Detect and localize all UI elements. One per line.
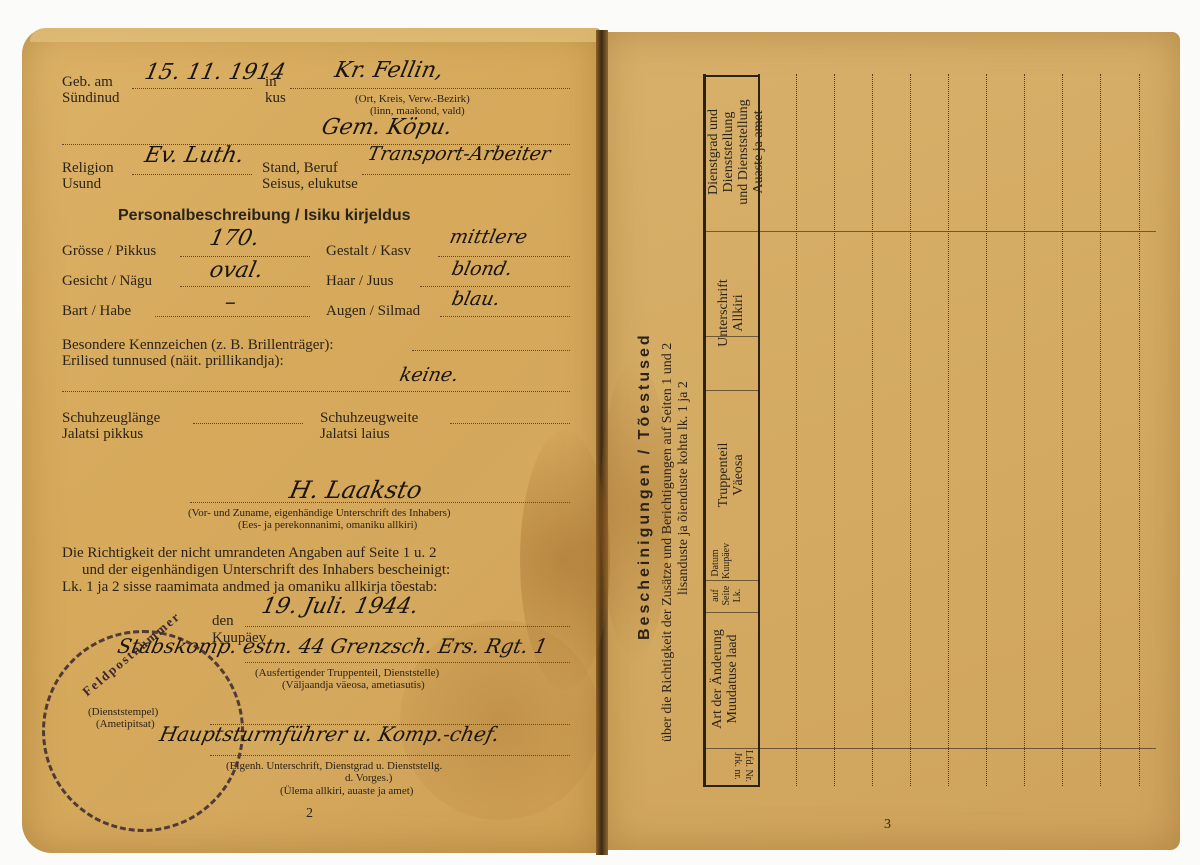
birth-label-de: Geb. am <box>62 74 113 90</box>
beard-label: Bart / Habe <box>62 303 131 319</box>
issue-date-line <box>245 626 570 627</box>
right-page-subtitle-et: lisanduste ja õienduste kohta lk. 1 ja 2 <box>676 381 692 595</box>
certification-line-2: und der eigenhändigen Unterschrift des I… <box>82 562 450 578</box>
shoe-length-label-de: Schuhzeuglänge <box>62 410 160 426</box>
height-value: 170. <box>207 226 261 251</box>
table-row-line <box>796 74 797 786</box>
column-label-et: Allkiri <box>731 238 746 388</box>
column-label-de: Dienstgrad und Dienststellung <box>706 76 736 228</box>
unit-caption-et: (Väljaandja väeosa, ametiasutis) <box>282 679 425 691</box>
column-label-de-2: und Dienststellung <box>736 76 751 228</box>
occupation-value: Transport-Arbeiter <box>366 143 553 165</box>
officer-rank-line <box>210 755 570 756</box>
stamp-label-et: (Ametipitsat) <box>96 718 155 730</box>
column-label-de: Truppenteil <box>716 390 731 560</box>
unit-caption-de: (Ausfertigender Truppenteil, Dienststell… <box>255 667 439 679</box>
officer-caption-et: (Ülema allkiri, auaste ja amet) <box>280 785 413 797</box>
column-label-et: Muudatuse laad <box>725 612 740 746</box>
religion-value: Ev. Luth. <box>142 143 246 168</box>
column-divider <box>706 748 1156 749</box>
right-page-subtitle-de: über die Richtigkeit der Zusätze und Ber… <box>660 343 676 742</box>
religion-label-de: Religion <box>62 160 114 176</box>
column-label-de: auf Seite <box>710 580 732 611</box>
build-label: Gestalt / Kasv <box>326 243 411 259</box>
shoe-width-label-et: Jalatsi laius <box>320 426 390 442</box>
shoe-length-label-et: Jalatsi pikkus <box>62 426 143 442</box>
build-line <box>438 256 570 257</box>
column-divider <box>706 231 1156 232</box>
table-row-line <box>1024 74 1025 786</box>
column-label-de: Unterschrift <box>716 238 731 388</box>
column-label-de: Art der Änderung <box>710 612 725 746</box>
table-row-line <box>948 74 949 786</box>
column-header-change-type: Art der Änderung Muudatuse laad <box>710 612 740 746</box>
marks-line-1 <box>412 350 570 351</box>
column-label-et: Lk. <box>732 580 743 611</box>
occupation-line <box>362 174 570 175</box>
officer-caption-de-2: d. Vorges.) <box>345 772 392 784</box>
holder-signature-caption-de: (Vor- und Zuname, eigenhändige Unterschr… <box>188 507 451 519</box>
page-number-left: 2 <box>306 806 313 822</box>
stamp-label-de: (Dienststempel) <box>88 706 158 718</box>
beard-line <box>155 316 310 317</box>
shoe-width-line <box>450 423 570 424</box>
shoe-length-line <box>193 423 303 424</box>
column-label-et: Jrk. nr. <box>732 748 743 784</box>
page-number-right: 3 <box>884 817 891 833</box>
page-edge <box>30 28 598 42</box>
build-value: mittlere <box>448 226 530 248</box>
place-label-de: in <box>265 74 277 90</box>
table-bottom-border <box>703 785 760 787</box>
certification-line-3: Lk. 1 ja 2 sisse raamimata andmed ja oma… <box>62 579 437 595</box>
column-label-de: Lfd. Nr. <box>743 748 754 784</box>
table-row-line <box>1100 74 1101 786</box>
unit-line <box>245 662 570 663</box>
table-row-line <box>986 74 987 786</box>
occupation-label-de: Stand, Beruf <box>262 160 338 176</box>
column-header-unit: Truppenteil Väeosa <box>716 390 746 560</box>
column-header-rank: Dienstgrad und Dienststellung und Dienst… <box>706 76 766 228</box>
hair-line <box>420 286 570 287</box>
birth-date-line <box>132 88 252 89</box>
marks-label-de: Besondere Kennzeichen (z. B. Brillenträg… <box>62 337 334 353</box>
holder-signature-line <box>190 502 570 503</box>
table-row-line <box>1139 74 1140 786</box>
certification-line-1: Die Richtigkeit der nicht umrandeten Ang… <box>62 545 436 561</box>
column-label-et: Väeosa <box>731 390 746 560</box>
face-value: oval. <box>207 258 265 283</box>
marks-value: keine. <box>398 364 461 386</box>
officer-value: Hauptsturmführer u. Komp.-chef. <box>157 722 501 746</box>
table-row-line <box>910 74 911 786</box>
column-header-lfd-nr: Lfd. Nr. Jrk. nr. <box>732 748 754 784</box>
height-label: Grösse / Pikkus <box>62 243 156 259</box>
place-line <box>290 88 570 89</box>
birth-label-et: Sündinud <box>62 90 120 106</box>
hair-value: blond. <box>450 258 515 280</box>
shoe-width-label-de: Schuhzeugweite <box>320 410 418 426</box>
eyes-value: blau. <box>450 288 503 310</box>
height-line <box>180 256 310 257</box>
religion-line <box>132 174 252 175</box>
table-row-line <box>834 74 835 786</box>
hair-label: Haar / Juus <box>326 273 394 289</box>
place-label-et: kus <box>265 90 286 106</box>
face-label: Gesicht / Nägu <box>62 273 152 289</box>
holder-signature-caption-et: (Ees- ja perekonnanimi, omaniku allkiri) <box>238 519 417 531</box>
column-label-et: Auaste ja amet <box>751 76 766 228</box>
column-header-page: auf Seite Lk. <box>710 580 743 611</box>
issue-date-label-de: den <box>212 613 234 629</box>
place-value-2: Gem. Köpu. <box>319 115 454 140</box>
face-line <box>180 286 310 287</box>
marks-label-et: Erilised tunnused (näit. prillikandja): <box>62 353 284 369</box>
holder-signature: H. Laaksto <box>287 476 425 504</box>
religion-label-et: Usund <box>62 176 101 192</box>
eyes-line <box>440 316 570 317</box>
occupation-label-et: Seisus, elukutse <box>262 176 358 192</box>
right-page-title: Bescheinigungen / Tõestused <box>636 332 654 640</box>
issue-date-value: 19. Juli. 1944. <box>259 594 420 619</box>
description-title: Personalbeschreibung / Isiku kirjeldus <box>118 208 411 224</box>
table-row-line <box>872 74 873 786</box>
table-row-line <box>1062 74 1063 786</box>
eyes-label: Augen / Silmad <box>326 303 420 319</box>
column-header-signature: Unterschrift Allkiri <box>716 238 746 388</box>
marks-line-2 <box>62 391 570 392</box>
place-hint-de: (Ort, Kreis, Verw.-Bezirk) <box>355 93 470 105</box>
place-value: Kr. Fellin, <box>332 58 445 83</box>
officer-caption-de-1: (Eigenh. Unterschrift, Dienstgrad u. Die… <box>226 760 442 772</box>
